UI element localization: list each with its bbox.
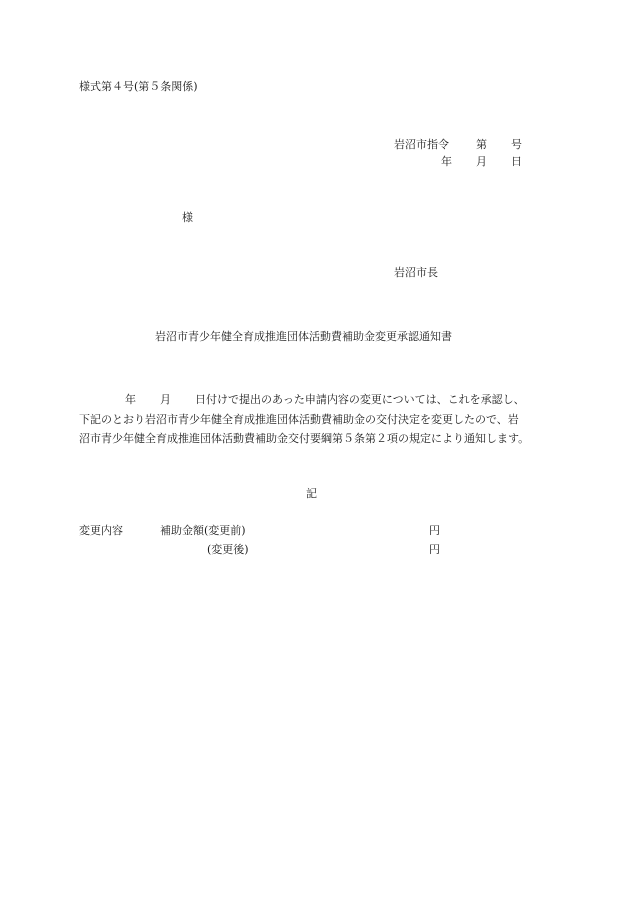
details-label: 変更内容 [79, 524, 123, 538]
detail-unit-before: 円 [429, 524, 440, 538]
detail-item-before: 補助金額(変更前) [160, 524, 246, 538]
detail-item-after: (変更後) [207, 543, 249, 557]
body-paragraph: 年月日付けで提出のあった申請内容の変更については、これを承認し、 下記のとおり岩… [79, 390, 559, 449]
body-line-3: 沼市青少年健全育成推進団体活動費補助金交付要綱第５条第２項の規定により通知します… [79, 429, 559, 449]
date-day: 日 [511, 155, 522, 169]
form-label: 様式第４号(第５条関係) [79, 80, 198, 94]
body-year: 年 [125, 393, 136, 406]
body-line-1-text: 日付けで提出のあった申請内容の変更については、これを承認し、 [195, 393, 525, 406]
date-month: 月 [476, 155, 487, 169]
detail-unit-after: 円 [429, 543, 440, 557]
body-month: 月 [160, 393, 171, 406]
body-line-1: 年月日付けで提出のあった申請内容の変更については、これを承認し、 [79, 390, 559, 410]
reference-go: 号 [511, 138, 522, 152]
addressee-honorific: 様 [182, 211, 193, 225]
document-title: 岩沼市青少年健全育成推進団体活動費補助金変更承認通知書 [155, 330, 452, 344]
ki-heading: 記 [306, 487, 317, 501]
body-line-2: 下記のとおり岩沼市青少年健全育成推進団体活動費補助金の交付決定を変更したので、岩 [79, 410, 559, 430]
sender-name: 岩沼市長 [394, 266, 438, 280]
reference-issuer: 岩沼市指令 [394, 138, 449, 152]
reference-dai: 第 [476, 138, 487, 152]
date-year: 年 [441, 155, 452, 169]
